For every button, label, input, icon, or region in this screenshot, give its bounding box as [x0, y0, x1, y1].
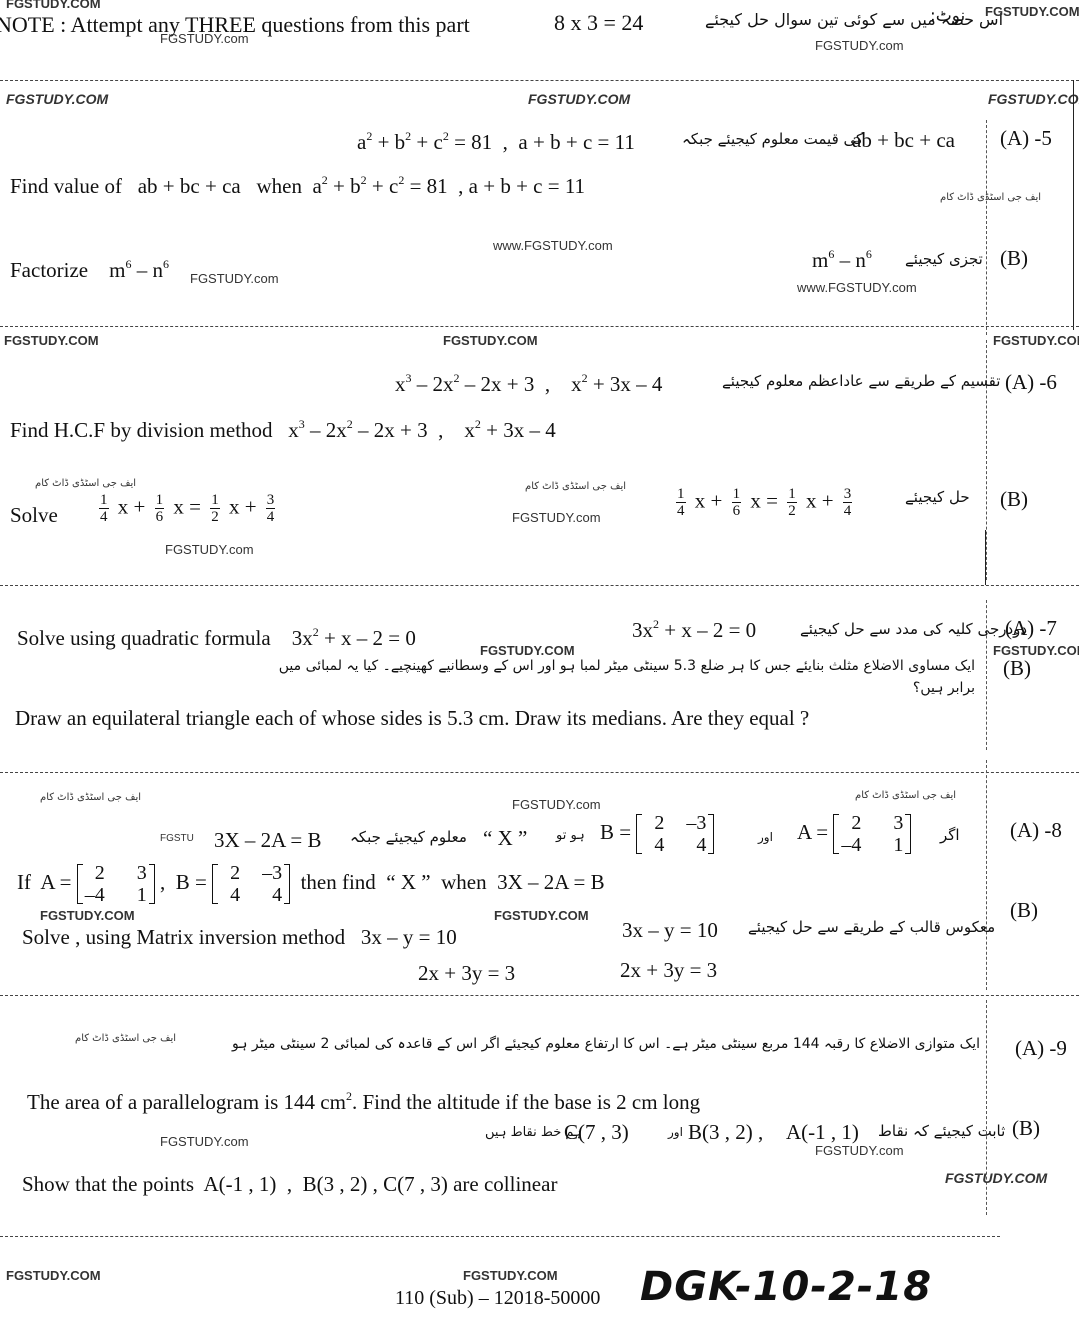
q8b-urdu-eq2: 2x + 3y = 3: [620, 958, 717, 983]
watermark: FGSTUDY.com: [160, 31, 249, 46]
question-label-7b: (B): [1003, 656, 1031, 681]
q7b-english: Draw an equilateral triangle each of who…: [15, 706, 809, 731]
q9b-urdu-text-3: ہم خط نقاط ہیں: [485, 1125, 582, 1140]
watermark: FGSTUDY.com: [160, 1134, 249, 1149]
fraction: 14: [676, 486, 686, 519]
watermark: FGSTUDY.COM: [494, 908, 589, 923]
q6b-english-label: Solve: [10, 503, 58, 528]
fraction: 12: [210, 492, 220, 525]
section-divider: [0, 995, 1079, 996]
matrix: 23–41: [833, 812, 911, 856]
watermark-urdu: ایف جی اسٹڈی ڈاٹ کام: [75, 1033, 176, 1044]
q9a-urdu-text: ایک متوازی الاضلاع کا رقبہ 144 مربع سینٹ…: [290, 1036, 980, 1052]
fraction: 16: [155, 492, 165, 525]
q6b-english-equation: 14 x + 16 x = 12 x + 34: [95, 492, 279, 525]
q8b-urdu-text: معکوس قالب کے طریقے سے حل کیجیئے: [748, 918, 995, 936]
section-divider: [0, 1236, 1000, 1237]
q8a-urdu-unknown: “ X ”: [483, 826, 527, 851]
question-label-8b: (B): [1010, 898, 1038, 923]
question-label-6b: (B): [1000, 487, 1028, 512]
q9b-urdu-text-1: ثابت کیجیئے کہ نقاط: [878, 1122, 1005, 1140]
q8b-english-eq2: 2x + 3y = 3: [418, 961, 515, 986]
q6b-urdu-text: حل کیجیئے: [905, 488, 970, 506]
border-line: [985, 530, 986, 585]
q8b-english: Solve , using Matrix inversion method 3x…: [22, 925, 457, 950]
handwritten-code: DGK-10-2-18: [640, 1264, 932, 1310]
fraction: 34: [843, 486, 853, 519]
fraction: 16: [732, 486, 742, 519]
watermark: FGSTUDY.com: [512, 510, 601, 525]
watermark: FGSTUDY.COM: [443, 333, 538, 348]
question-number-9: (A) -9: [1015, 1036, 1067, 1061]
q7b-urdu-text: ایک مساوی الاضلاع مثلث بنایئے جس کا ہر ض…: [270, 655, 975, 699]
q8a-urdu-matrix-B: B = 2–344: [600, 812, 714, 856]
watermark-urdu: ایف جی اسٹڈی ڈاٹ کام: [525, 481, 626, 492]
q8a-english: If A = 23–41 , B = 2–344 then find “ X ”…: [17, 862, 605, 906]
watermark: FGSTUDY.COM: [945, 1170, 1047, 1186]
q7a-urdu-expr: 3x2 + x – 2 = 0: [632, 618, 756, 643]
q7a-english: Solve using quadratic formula 3x2 + x – …: [17, 626, 416, 651]
watermark: FGSTUDY.com: [165, 542, 254, 557]
question-number-6: (A) -6: [1005, 370, 1057, 395]
q9b-urdu-point-B: B(3 , 2) ,: [688, 1120, 763, 1145]
watermark: FGSTUDY.COM: [4, 333, 99, 348]
section-divider: [0, 80, 1079, 81]
fraction: 12: [787, 486, 797, 519]
watermark: FGSTUDY.COM: [988, 91, 1079, 107]
q5a-urdu-condition: a2 + b2 + c2 = 81 , a + b + c = 11: [357, 130, 635, 155]
watermark: FGSTU: [160, 833, 194, 844]
matrix: 2–344: [636, 812, 714, 856]
q9b-urdu-and: اور: [668, 1125, 683, 1139]
watermark: FGSTUDY.COM: [6, 1268, 101, 1283]
watermark: FGSTUDY.COM: [6, 0, 101, 11]
q5b-urdu-expr: m6 – n6: [812, 248, 872, 273]
q8a-urdu-condition: 3X – 2A = B: [214, 828, 322, 853]
watermark: FGSTUDY.COM: [528, 91, 630, 107]
q9b-urdu-point-A: A(-1 , 1): [786, 1120, 859, 1145]
watermark: FGSTUDY.COM: [463, 1268, 558, 1283]
q5b-urdu-text: تجزی کیجیئے: [905, 250, 983, 268]
question-label-5b: (B): [1000, 246, 1028, 271]
watermark: FGSTUDY.com: [512, 797, 601, 812]
watermark: FGSTUDY.com: [190, 271, 279, 286]
q8a-urdu-find: معلوم کیجیئے جبکہ: [350, 828, 467, 846]
matrix: 2–344: [212, 862, 290, 906]
q9b-english: Show that the points A(-1 , 1) , B(3 , 2…: [22, 1172, 557, 1197]
border-line: [1073, 80, 1074, 330]
marks-total: 8 x 3 = 24: [554, 10, 643, 36]
watermark-urdu: ایف جی اسٹڈی ڈاٹ کام: [40, 792, 141, 803]
watermark-urdu: ایف جی اسٹڈی ڈاٹ کام: [855, 790, 956, 801]
watermark: www.FGSTUDY.com: [797, 280, 917, 295]
q6a-urdu-expr: x3 – 2x2 – 2x + 3 , x2 + 3x – 4: [395, 372, 662, 397]
paper-code: 110 (Sub) – 12018-50000: [395, 1287, 600, 1310]
question-number-5: (A) -5: [1000, 126, 1052, 151]
q5a-urdu-expr: ab + bc + ca: [852, 128, 955, 153]
watermark: FGSTUDY.com: [815, 38, 904, 53]
column-divider: [986, 120, 987, 335]
q6b-urdu-equation: 14 x + 16 x = 12 x + 34: [672, 486, 856, 519]
watermark-urdu: ایف جی اسٹڈی ڈاٹ کام: [35, 478, 136, 489]
q5a-english: Find value of ab + bc + ca when a2 + b2 …: [10, 174, 585, 199]
q8a-urdu-then: ہو تو: [556, 828, 585, 843]
q6a-english: Find H.C.F by division method x3 – 2x2 –…: [10, 418, 556, 443]
watermark: FGSTUDY.COM: [40, 908, 135, 923]
watermark: FGSTUDY.com: [815, 1143, 904, 1158]
q8a-urdu-if: اگر: [940, 826, 960, 844]
column-divider: [986, 760, 987, 990]
watermark: www.FGSTUDY.com: [493, 238, 613, 253]
fraction: 34: [266, 492, 276, 525]
question-number-8: (A) -8: [1010, 818, 1062, 843]
fraction: 14: [99, 492, 109, 525]
section-divider: [0, 326, 1079, 327]
q9a-english: The area of a parallelogram is 144 cm2. …: [27, 1090, 700, 1115]
section-divider: [0, 585, 1079, 586]
q5b-english: Factorize m6 – n6: [10, 258, 169, 283]
q6a-urdu-text: تقسیم کے طریقے سے عاداعظم معلوم کیجیئے: [722, 372, 1000, 390]
q7a-urdu-text: دودرجی کلیہ کی مدد سے حل کیجیئے: [800, 620, 1027, 638]
watermark: FGSTUDY.COM: [985, 4, 1079, 19]
section-divider: [0, 772, 1079, 773]
watermark: FGSTUDY.COM: [993, 333, 1079, 348]
q8a-urdu-and: اور: [758, 830, 773, 844]
question-label-9b: (B): [1012, 1116, 1040, 1141]
q5a-urdu-text: کی قیمت معلوم کیجیئے جبکہ: [682, 130, 863, 148]
q8b-urdu-eq1: 3x – y = 10: [622, 918, 718, 943]
matrix: 23–41: [77, 862, 155, 906]
watermark: FGSTUDY.COM: [6, 91, 108, 107]
q8a-urdu-matrix-A: A = 23–41: [797, 812, 911, 856]
note-label-urdu: نوٹ:: [930, 6, 965, 26]
watermark-urdu: ایف جی اسٹڈی ڈاٹ کام: [940, 192, 1041, 203]
